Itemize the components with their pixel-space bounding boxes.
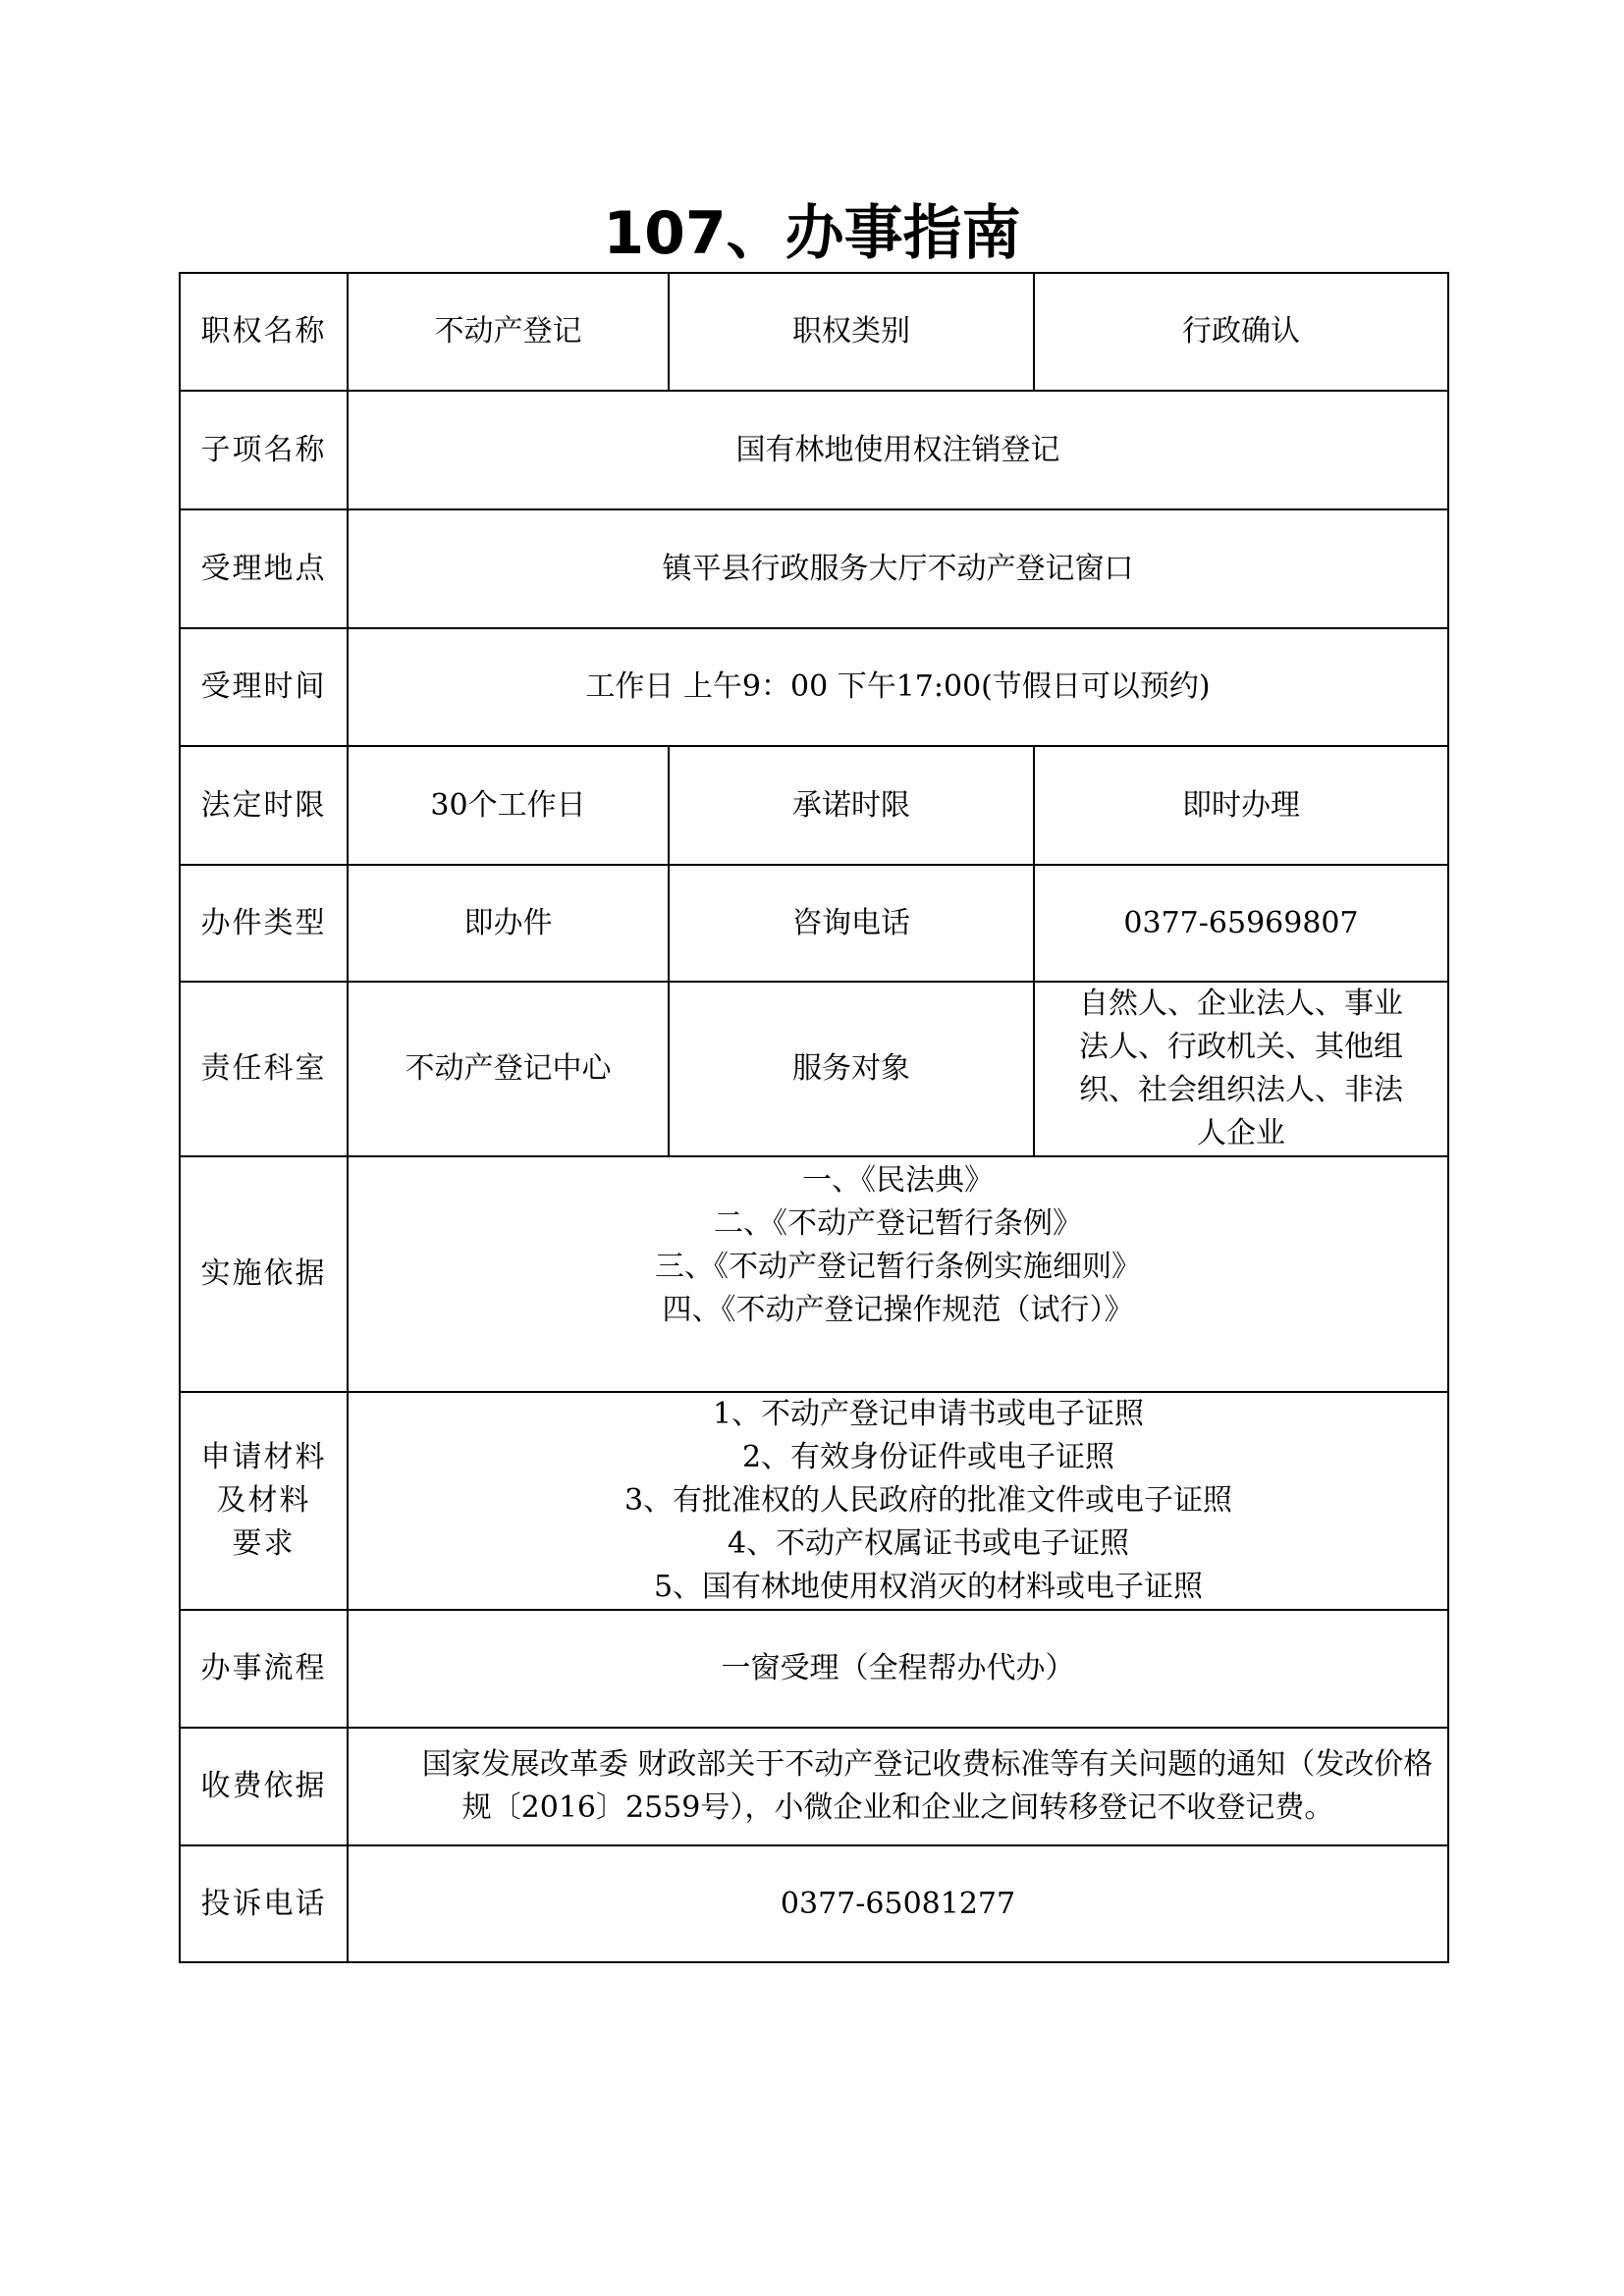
service-target-line: 人企业: [1043, 1112, 1439, 1155]
row-case-type: 办件类型 即办件 咨询电话 0377-65969807: [180, 865, 1448, 982]
promised-time-limit-value: 即时办理: [1034, 746, 1448, 865]
fee-basis-label: 收费依据: [180, 1728, 348, 1845]
process-label: 办事流程: [180, 1610, 348, 1728]
service-target-line: 织、社会组织法人、非法: [1043, 1069, 1439, 1112]
case-type-value: 即办件: [348, 865, 669, 982]
row-time-limit: 法定时限 30个工作日 承诺时限 即时办理: [180, 746, 1448, 865]
row-authority: 职权名称 不动产登记 职权类别 行政确认: [180, 273, 1448, 391]
basis-list: 一、《民法典》 二、《不动产登记暂行条例》 三、《不动产登记暂行条例实施细则》 …: [348, 1156, 1448, 1392]
hours-label: 受理时间: [180, 628, 348, 746]
authority-name-value: 不动产登记: [348, 273, 669, 391]
material-item: 1、不动产登记申请书或电子证照: [417, 1393, 1439, 1436]
service-guide-table: 职权名称 不动产登记 职权类别 行政确认 子项名称 国有林地使用权注销登记 受理…: [179, 272, 1449, 1963]
materials-label: 申请材料 及材料 要求: [180, 1392, 348, 1610]
materials-list: 1、不动产登记申请书或电子证照 2、有效身份证件或电子证照 3、有批准权的人民政…: [348, 1392, 1448, 1610]
basis-item: 一、《民法典》: [356, 1159, 1439, 1202]
service-target-line: 法人、行政机关、其他组: [1043, 1026, 1439, 1069]
legal-time-limit-label: 法定时限: [180, 746, 348, 865]
row-sub-item: 子项名称 国有林地使用权注销登记: [180, 391, 1448, 509]
authority-category-value: 行政确认: [1034, 273, 1448, 391]
row-basis: 实施依据 一、《民法典》 二、《不动产登记暂行条例》 三、《不动产登记暂行条例实…: [180, 1156, 1448, 1392]
department-label: 责任科室: [180, 982, 348, 1156]
basis-item: 三、《不动产登记暂行条例实施细则》: [356, 1246, 1439, 1289]
row-location: 受理地点 镇平县行政服务大厅不动产登记窗口: [180, 509, 1448, 628]
row-fee-basis: 收费依据 国家发展改革委 财政部关于不动产登记收费标准等有关问题的通知（发改价格…: [180, 1728, 1448, 1845]
promised-time-limit-label: 承诺时限: [669, 746, 1034, 865]
row-complaint: 投诉电话 0377-65081277: [180, 1845, 1448, 1962]
row-department: 责任科室 不动产登记中心 服务对象 自然人、企业法人、事业 法人、行政机关、其他…: [180, 982, 1448, 1156]
department-value: 不动产登记中心: [348, 982, 669, 1156]
sub-item-label: 子项名称: [180, 391, 348, 509]
fee-basis-value: 国家发展改革委 财政部关于不动产登记收费标准等有关问题的通知（发改价格规〔201…: [348, 1728, 1448, 1845]
process-value: 一窗受理（全程帮办代办）: [348, 1610, 1448, 1728]
legal-time-limit-value: 30个工作日: [348, 746, 669, 865]
materials-label-line: 要求: [189, 1522, 339, 1566]
sub-item-value: 国有林地使用权注销登记: [348, 391, 1448, 509]
basis-label: 实施依据: [180, 1156, 348, 1392]
consult-phone-value: 0377-65969807: [1034, 865, 1448, 982]
material-item: 2、有效身份证件或电子证照: [417, 1436, 1439, 1479]
row-materials: 申请材料 及材料 要求 1、不动产登记申请书或电子证照 2、有效身份证件或电子证…: [180, 1392, 1448, 1610]
case-type-label: 办件类型: [180, 865, 348, 982]
basis-item: 二、《不动产登记暂行条例》: [356, 1202, 1439, 1246]
row-hours: 受理时间 工作日 上午9：00 下午17:00(节假日可以预约): [180, 628, 1448, 746]
materials-label-line: 及材料: [189, 1479, 339, 1522]
location-value: 镇平县行政服务大厅不动产登记窗口: [348, 509, 1448, 628]
hours-value: 工作日 上午9：00 下午17:00(节假日可以预约): [348, 628, 1448, 746]
page-title: 107、办事指南: [0, 196, 1624, 271]
material-item: 5、国有林地使用权消灭的材料或电子证照: [417, 1566, 1439, 1609]
service-target-value: 自然人、企业法人、事业 法人、行政机关、其他组 织、社会组织法人、非法 人企业: [1034, 982, 1448, 1156]
authority-category-label: 职权类别: [669, 273, 1034, 391]
basis-item: 四、《不动产登记操作规范（试行）》: [356, 1289, 1439, 1332]
authority-name-label: 职权名称: [180, 273, 348, 391]
material-item: 3、有批准权的人民政府的批准文件或电子证照: [417, 1479, 1439, 1522]
consult-phone-label: 咨询电话: [669, 865, 1034, 982]
row-process: 办事流程 一窗受理（全程帮办代办）: [180, 1610, 1448, 1728]
complaint-phone-value: 0377-65081277: [348, 1845, 1448, 1962]
service-target-line: 自然人、企业法人、事业: [1043, 983, 1439, 1026]
location-label: 受理地点: [180, 509, 348, 628]
service-target-label: 服务对象: [669, 982, 1034, 1156]
materials-label-line: 申请材料: [189, 1436, 339, 1479]
complaint-phone-label: 投诉电话: [180, 1845, 348, 1962]
material-item: 4、不动产权属证书或电子证照: [417, 1522, 1439, 1566]
